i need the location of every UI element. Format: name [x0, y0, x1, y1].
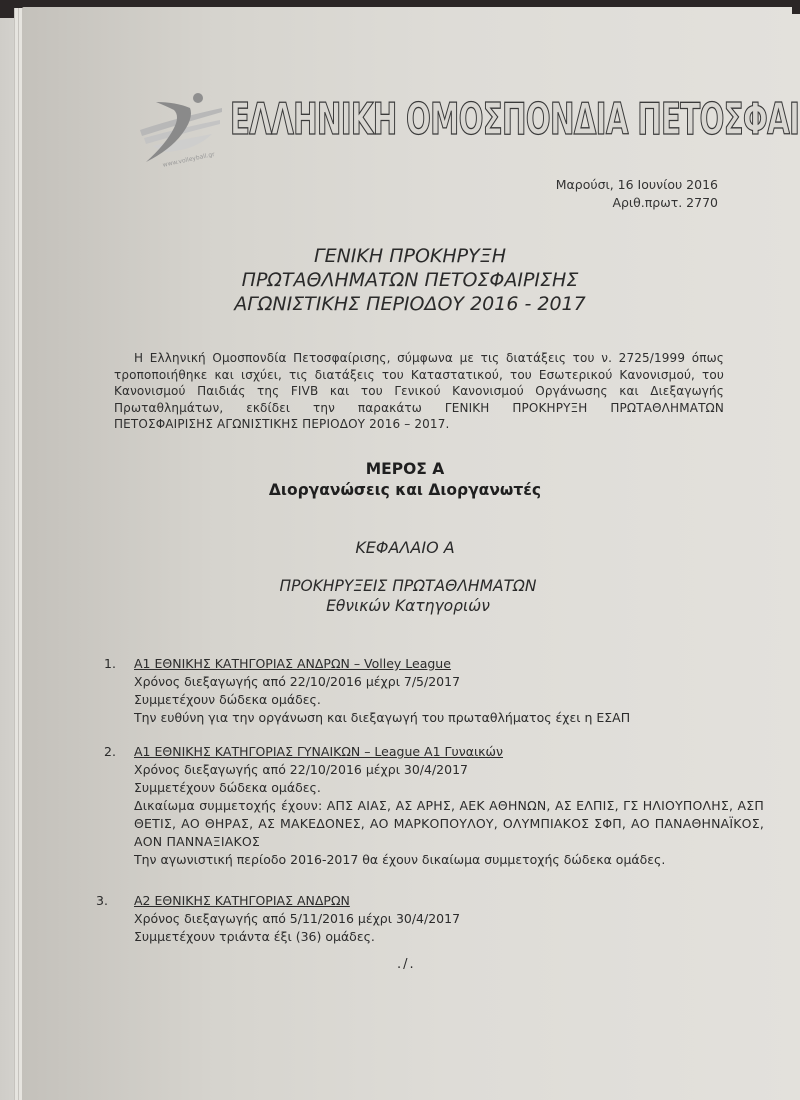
item-heading: Α1 ΕΘΝΙΚΗΣ ΚΑΤΗΓΟΡΙΑΣ ΓΥΝΑΙΚΩΝ – League … — [134, 743, 764, 761]
document-content: www.volleyball.gr ΕΛΛΗΝΙΚΗ ΟΜΟΣΠΟΝΔΙΑ ΠΕ… — [0, 0, 800, 1100]
intro-paragraph: Η Ελληνική Ομοσπονδία Πετοσφαίρισης, σύμ… — [114, 350, 724, 433]
protocol-number: Αριθ.πρωτ. 2770 — [556, 194, 718, 212]
chapter-sub-line-1: ΠΡΟΚΗΡΥΞΕΙΣ ΠΡΩΤΑΘΛΗΜΑΤΩΝ — [0, 576, 800, 596]
championship-item: 1. Α1 ΕΘΝΙΚΗΣ ΚΑΤΗΓΟΡΙΑΣ ΑΝΔΡΩΝ – Volley… — [104, 655, 744, 727]
intro-line: Πρωταθλημάτων, εκδίδει την παρακάτω ΓΕΝΙ… — [114, 400, 724, 417]
continuation-mark: ./. — [397, 957, 416, 972]
item-line: Χρόνος διεξαγωγής από 22/10/2016 μέχρι 7… — [134, 673, 744, 691]
part-title: ΜΕΡΟΣ Α — [0, 459, 800, 480]
item-number: 3. — [96, 892, 108, 910]
svg-text:www.volleyball.gr: www.volleyball.gr — [162, 151, 216, 168]
chapter-sub-line-2: Εθνικών Κατηγοριών — [0, 596, 800, 616]
intro-line: Η Ελληνική Ομοσπονδία Πετοσφαίρισης, σύμ… — [114, 350, 724, 367]
item-line: Συμμετέχουν τριάντα έξι (36) ομάδες. — [134, 928, 736, 946]
participating-teams: Δικαίωμα συμμετοχής έχουν: ΑΠΣ ΑΙΑΣ, ΑΣ … — [134, 797, 764, 851]
item-closing: Την αγωνιστική περίοδο 2016-2017 θα έχου… — [134, 851, 764, 869]
title-line-2: ΠΡΩΤΑΘΛΗΜΑΤΩΝ ΠΕΤΟΣΦΑΙΡΙΣΗΣ — [0, 268, 800, 292]
item-line: Συμμετέχουν δώδεκα ομάδες. — [134, 691, 744, 709]
place-date: Μαρούσι, 16 Ιουνίου 2016 — [556, 176, 718, 194]
chapter-title: ΚΕΦΑΛΑΙΟ Α — [0, 538, 800, 557]
item-line: Την ευθύνη για την οργάνωση και διεξαγωγ… — [134, 709, 744, 727]
part-subtitle: Διοργανώσεις και Διοργανωτές — [0, 480, 800, 501]
item-number: 2. — [104, 743, 116, 761]
volleyball-player-logo-icon: www.volleyball.gr — [136, 88, 228, 168]
intro-line: Κανονισμού Παιδιάς της FIVB και του Γενι… — [114, 383, 724, 400]
chapter-subtitle: ΠΡΟΚΗΡΥΞΕΙΣ ΠΡΩΤΑΘΛΗΜΑΤΩΝ Εθνικών Κατηγο… — [0, 576, 800, 616]
item-number: 1. — [104, 655, 116, 673]
item-heading: Α1 ΕΘΝΙΚΗΣ ΚΑΤΗΓΟΡΙΑΣ ΑΝΔΡΩΝ – Volley Le… — [134, 655, 744, 673]
title-line-1: ΓΕΝΙΚΗ ΠΡΟΚΗΡΥΞΗ — [0, 244, 800, 268]
item-heading: Α2 ΕΘΝΙΚΗΣ ΚΑΤΗΓΟΡΙΑΣ ΑΝΔΡΩΝ — [134, 892, 736, 910]
championship-item: 2. Α1 ΕΘΝΙΚΗΣ ΚΑΤΗΓΟΡΙΑΣ ΓΥΝΑΙΚΩΝ – Leag… — [104, 743, 764, 869]
intro-line: ΠΕΤΟΣΦΑΙΡΙΣΗΣ ΑΓΩΝΙΣΤΙΚΗΣ ΠΕΡΙΟΔΟΥ 2016 … — [114, 416, 724, 433]
part-heading: ΜΕΡΟΣ Α Διοργανώσεις και Διοργανωτές — [0, 459, 800, 501]
championship-item: 3. Α2 ΕΘΝΙΚΗΣ ΚΑΤΗΓΟΡΙΑΣ ΑΝΔΡΩΝ Χρόνος δ… — [96, 892, 736, 946]
item-line: Χρόνος διεξαγωγής από 5/11/2016 μέχρι 30… — [134, 910, 736, 928]
item-line: Χρόνος διεξαγωγής από 22/10/2016 μέχρι 3… — [134, 761, 764, 779]
organization-name: ΕΛΛΗΝΙΚΗ ΟΜΟΣΠΟΝΔΙΑ ΠΕΤΟΣΦΑΙΡΙΣΗΣ — [230, 94, 800, 145]
item-line: Συμμετέχουν δώδεκα ομάδες. — [134, 779, 764, 797]
date-block: Μαρούσι, 16 Ιουνίου 2016 Αριθ.πρωτ. 2770 — [556, 176, 718, 212]
title-line-3: ΑΓΩΝΙΣΤΙΚΗΣ ΠΕΡΙΟΔΟΥ 2016 - 2017 — [0, 292, 800, 316]
document-title: ΓΕΝΙΚΗ ΠΡΟΚΗΡΥΞΗ ΠΡΩΤΑΘΛΗΜΑΤΩΝ ΠΕΤΟΣΦΑΙΡ… — [0, 244, 800, 316]
intro-line: τροποποιήθηκε και ισχύει, τις διατάξεις … — [114, 367, 724, 384]
